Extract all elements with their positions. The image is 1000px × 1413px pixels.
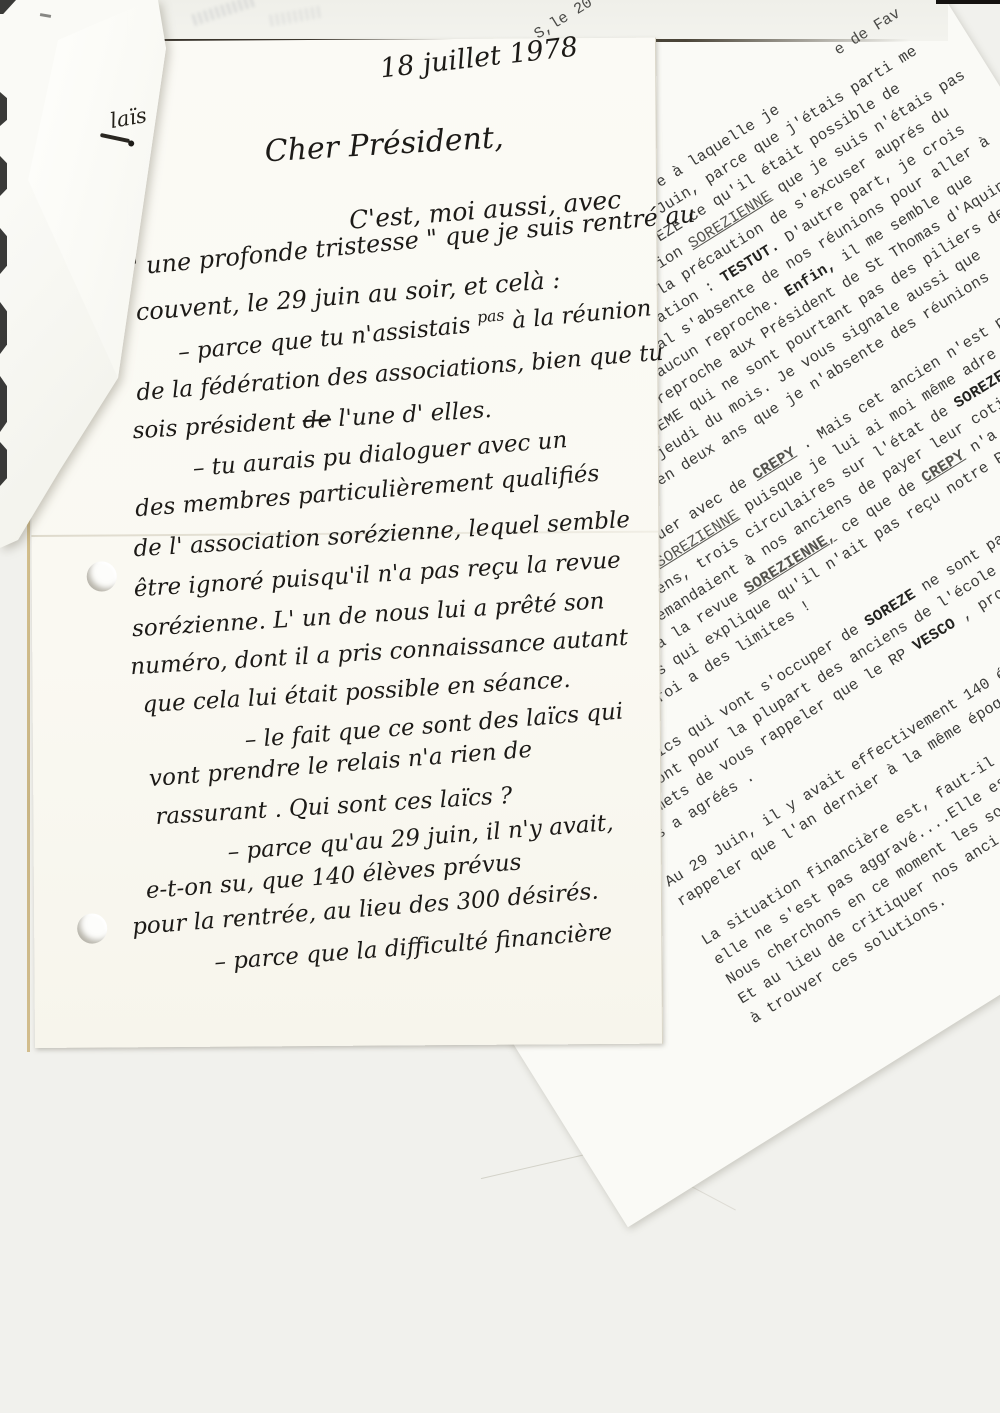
punch-hole bbox=[87, 561, 117, 591]
punch-hole bbox=[77, 913, 107, 943]
envelope bbox=[0, 0, 360, 560]
scanned-letters-page: e à laquelle jeJuin, parce que j'étais p… bbox=[0, 0, 1000, 1413]
handwritten-date: 18 juillet 1978 bbox=[378, 31, 579, 84]
scan-edge-mark bbox=[936, 0, 1000, 4]
